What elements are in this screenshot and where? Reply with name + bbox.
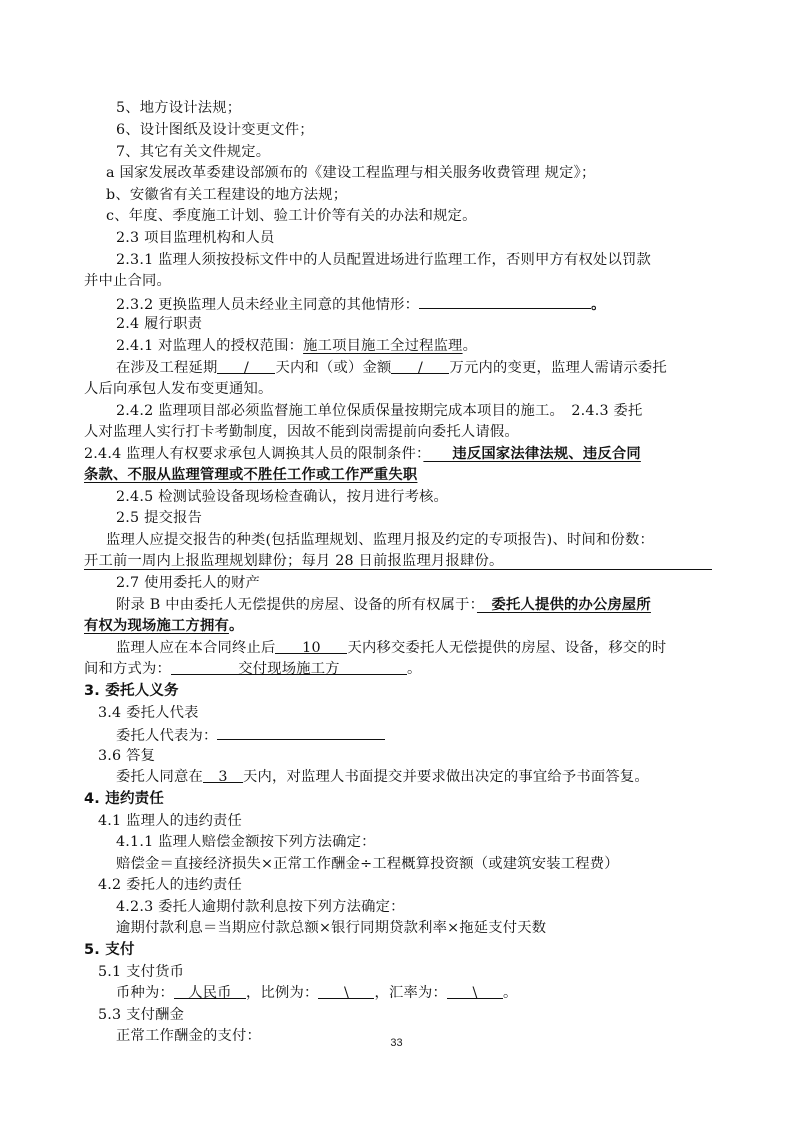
section-2-4-4-label: 2.4.4 监理人有权要求承包人调换其人员的限制条件： — [84, 446, 423, 462]
currency-label: 币种为： — [116, 985, 174, 1001]
representative-label: 委托人代表为： — [116, 728, 217, 744]
restriction-conditions-value-cont: 条款、不服从监理管理或不胜任工作或工作严重失职 — [84, 467, 417, 483]
ownership-value-cont: 有权为现场施工方拥有 — [84, 618, 229, 634]
section-2-4-1-label: 2.4.1 对监理人的授权范围： — [116, 338, 303, 354]
change-clause-line1: 在涉及工程延期/天内和（或）金额/万元内的变更，监理人需请示委托 — [116, 358, 667, 378]
section-2-3-2: 2.3.2 更换监理人员未经业主同意的其他情形：。 — [116, 293, 606, 315]
section-3-heading: 3. 委托人义务 — [84, 681, 179, 701]
ownership-label: 附录 B 中由委托人无偿提供的房屋、设备的所有权属于： — [116, 597, 477, 613]
return-method-label: 间和方式为： — [84, 661, 171, 677]
list-item-5: 5、地方设计法规； — [116, 98, 241, 118]
property-ownership-line1: 附录 B 中由委托人无偿提供的房屋、设备的所有权属于： 委托人提供的办公房屋所 — [116, 595, 651, 615]
document-page: 5、地方设计法规； 6、设计图纸及设计变更文件； 7、其它有关文件规定。 a 国… — [0, 0, 793, 1123]
section-2-5-line1: 监理人应提交报告的种类(包括监理规划、监理月报及约定的专项报告)、时间和份数： — [106, 530, 654, 550]
change-text-3: 万元内的变更，监理人需请示委托 — [449, 360, 666, 376]
property-ownership-line2: 有权为现场施工方拥有。 — [84, 616, 243, 636]
restriction-conditions-value: 违反国家法律法规、违反合同 — [423, 446, 640, 462]
reply-clause: 委托人同意在3天内，对监理人书面提交并要求做出决定的事宜给予书面答复。 — [116, 767, 649, 787]
list-item-6: 6、设计图纸及设计变更文件； — [116, 120, 314, 140]
change-text-2: 天内和（或）金额 — [275, 360, 391, 376]
section-2-4-4-line1: 2.4.4 监理人有权要求承包人调换其人员的限制条件： 违反国家法律法规、违反合… — [84, 444, 641, 464]
section-2-5-line2: 开工前一周内上报监理规划肆份；每月 28 日前报监理月报肆份。 — [84, 551, 504, 571]
section-3-6-title: 3.6 答复 — [98, 746, 155, 766]
reply-text-1: 委托人同意在 — [116, 769, 203, 785]
section-2-4-title: 2.4 履行职责 — [116, 314, 202, 334]
section-2-3-2-label: 2.3.2 更换监理人员未经业主同意的其他情形： — [116, 297, 419, 313]
section-2-3-1-line2: 并中止合同。 — [84, 271, 171, 291]
representative-field[interactable] — [217, 724, 385, 740]
delay-days-field[interactable]: / — [217, 358, 275, 374]
amount-field[interactable]: / — [391, 358, 449, 374]
representative-line: 委托人代表为： — [116, 724, 385, 746]
section-4-1-title: 4.1 监理人的违约责任 — [98, 811, 242, 831]
section-2-4-2-line2: 人对监理人实行打卡考勤制度，因故不能到岗需提前向委托人请假。 — [84, 422, 519, 442]
list-item-7: 7、其它有关文件规定。 — [116, 142, 270, 162]
ownership-value: 委托人提供的办公房屋所 — [477, 597, 651, 613]
return-text-1: 监理人应在本合同终止后 — [116, 640, 275, 656]
list-item-c: c、年度、季度施工计划、验工计价等有关的办法和规定。 — [106, 206, 477, 226]
section-2-5-title: 2.5 提交报告 — [116, 508, 202, 528]
interest-formula: 逾期付款利息＝当期应付款总额×银行同期贷款利率×拖延支付天数 — [116, 918, 546, 938]
currency-field[interactable]: 人民币 — [174, 983, 246, 999]
section-2-7-title: 2.7 使用委托人的财产 — [116, 573, 260, 593]
section-2-4-4-line2: 条款、不服从监理管理或不胜任工作或工作严重失职 — [84, 465, 417, 485]
return-clause-line2: 间和方式为：交付现场施工方。 — [84, 659, 421, 679]
return-text-2: 天内移交委托人无偿提供的房屋、设备，移交的时 — [347, 640, 666, 656]
compensation-formula: 赔偿金＝直接经济损失×正常工作酬金÷工程概算投资额（或建筑安装工程费） — [116, 854, 619, 874]
list-item-b: b、安徽省有关工程建设的地方法规； — [106, 185, 347, 205]
return-clause-line1: 监理人应在本合同终止后10天内移交委托人无偿提供的房屋、设备，移交的时 — [116, 638, 666, 658]
period: 。 — [591, 297, 606, 313]
reply-days-field[interactable]: 3 — [203, 767, 243, 783]
section-2-4-2-line1: 2.4.2 监理项目部必须监督施工单位保质保量按期完成本项目的施工。 2.4.3… — [116, 401, 643, 421]
list-item-a: a 国家发展改革委建设部颁布的《建设工程监理与相关服务收费管理 规定》； — [106, 163, 595, 183]
period: 。 — [503, 985, 518, 1001]
report-underline — [84, 569, 712, 570]
section-5-heading: 5. 支付 — [84, 940, 135, 960]
section-2-4-5: 2.4.5 检测试验设备现场检查确认，按月进行考核。 — [116, 487, 448, 507]
return-method-field[interactable]: 交付现场施工方 — [171, 659, 407, 675]
change-text-1: 在涉及工程延期 — [116, 360, 217, 376]
section-2-3-title: 2.3 项目监理机构和人员 — [116, 228, 275, 248]
section-3-4-title: 3.4 委托人代表 — [98, 703, 199, 723]
section-4-1-1: 4.1.1 监理人赔偿金额按下列方法确定： — [116, 832, 376, 852]
authorization-scope-value: 施工项目施工全过程监理 — [303, 338, 462, 354]
ratio-field[interactable]: \ — [318, 983, 374, 999]
return-days-field[interactable]: 10 — [275, 638, 347, 654]
currency-line: 币种为：人民币，比例为：\，汇率为：\。 — [116, 983, 517, 1003]
section-4-2-3: 4.2.3 委托人逾期付款利息按下列方法确定： — [116, 897, 405, 917]
section-5-3-title: 5.3 支付酬金 — [98, 1005, 184, 1025]
period: 。 — [407, 661, 422, 677]
section-2-3-1-line1: 2.3.1 监理人须按投标文件中的人员配置进场进行监理工作，否则甲方有权处以罚款 — [116, 250, 651, 270]
section-4-2-title: 4.2 委托人的违约责任 — [98, 875, 242, 895]
period: 。 — [463, 338, 478, 354]
rate-field[interactable]: \ — [447, 983, 503, 999]
section-2-4-1: 2.4.1 对监理人的授权范围：施工项目施工全过程监理。 — [116, 336, 477, 356]
section-5-1-title: 5.1 支付货币 — [98, 962, 184, 982]
page-number: 33 — [0, 1037, 793, 1049]
section-4-heading: 4. 违约责任 — [84, 789, 164, 809]
ratio-label: ，比例为： — [246, 985, 318, 1001]
other-situations-field[interactable] — [419, 293, 591, 309]
rate-label: ，汇率为： — [374, 985, 446, 1001]
period: 。 — [229, 618, 244, 634]
change-clause-line2: 人后向承包人发布变更通知。 — [84, 379, 272, 399]
reply-text-2: 天内，对监理人书面提交并要求做出决定的事宜给予书面答复。 — [243, 769, 649, 785]
